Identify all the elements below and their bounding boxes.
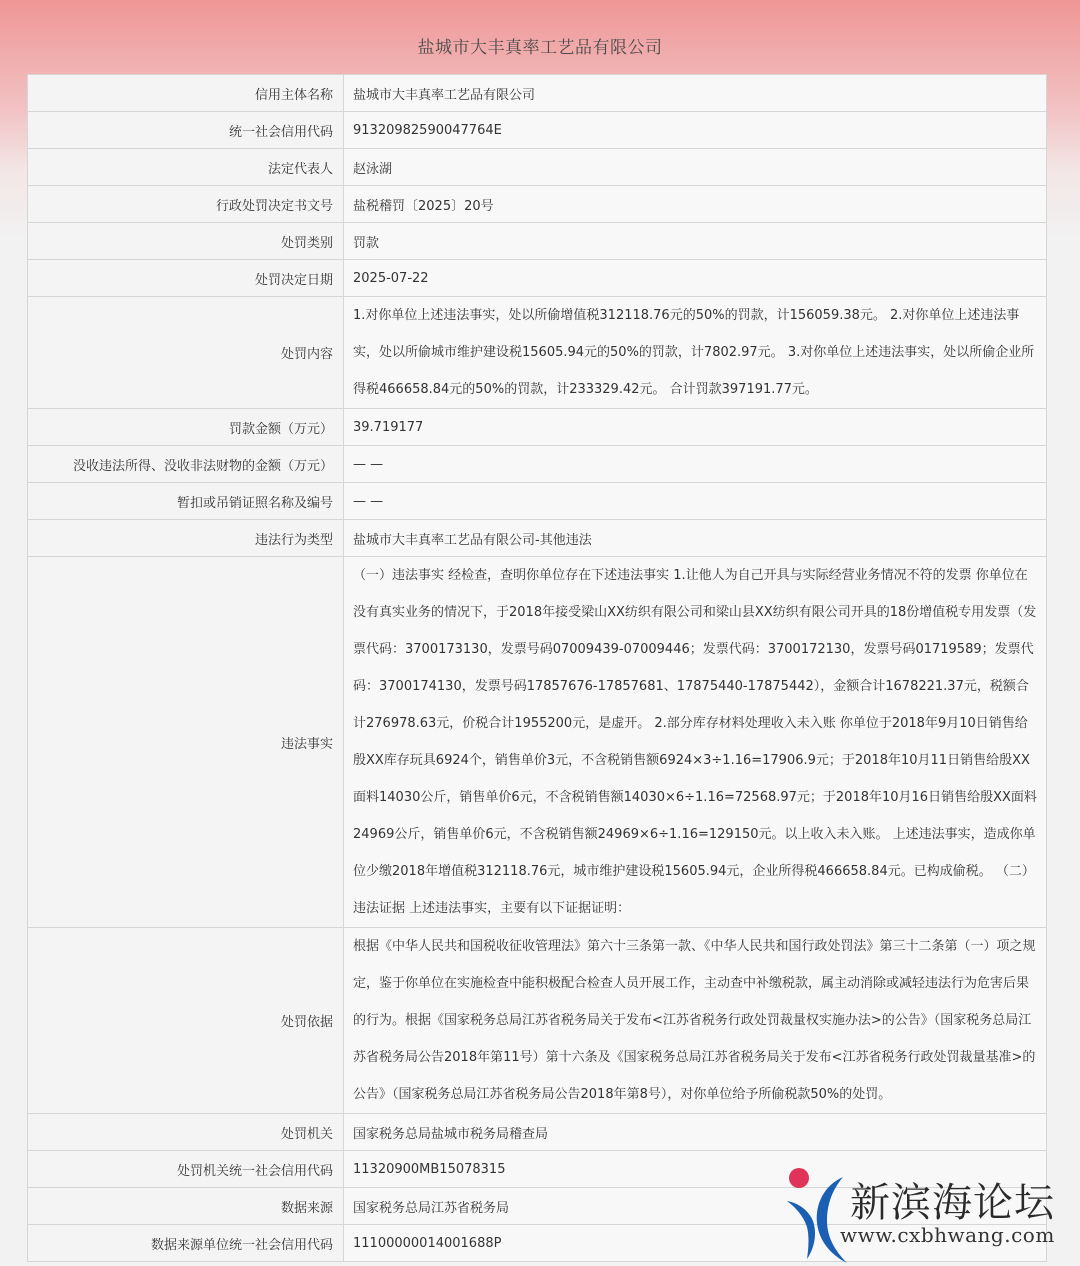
row-value: 1.对你单位上述违法事实，处以所偷增值税312118.76元的50%的罚款，计1… <box>344 297 1047 409</box>
table-row: 处罚类别 罚款 <box>28 223 1047 260</box>
row-value: 赵泳湖 <box>344 149 1047 186</box>
row-label: 没收违法所得、没收非法财物的金额（万元） <box>28 446 344 483</box>
table-row: 违法事实 （一）违法事实 经检查，查明你单位存在下述违法事实 1.让他人为自己开… <box>28 557 1047 928</box>
row-label: 处罚类别 <box>28 223 344 260</box>
row-label: 处罚机关 <box>28 1114 344 1151</box>
row-value: 根据《中华人民共和国税收征收管理法》第六十三条第一款、《中华人民共和国行政处罚法… <box>344 928 1047 1114</box>
row-label: 暂扣或吊销证照名称及编号 <box>28 483 344 520</box>
table-row: 处罚依据 根据《中华人民共和国税收征收管理法》第六十三条第一款、《中华人民共和国… <box>28 928 1047 1114</box>
table-row: 暂扣或吊销证照名称及编号 — — <box>28 483 1047 520</box>
penalty-info-table: 信用主体名称 盐城市大丰真率工艺品有限公司 统一社会信用代码 913209825… <box>27 74 1047 1262</box>
table-row: 数据来源单位统一社会信用代码 11100000014001688P <box>28 1225 1047 1262</box>
row-label: 数据来源 <box>28 1188 344 1225</box>
row-value: 国家税务总局江苏省税务局 <box>344 1188 1047 1225</box>
row-label: 处罚机关统一社会信用代码 <box>28 1151 344 1188</box>
table-row: 违法行为类型 盐城市大丰真率工艺品有限公司-其他违法 <box>28 520 1047 557</box>
row-label: 统一社会信用代码 <box>28 112 344 149</box>
page-title: 盐城市大丰真率工艺品有限公司 <box>0 33 1080 58</box>
row-value: 国家税务总局盐城市税务局稽查局 <box>344 1114 1047 1151</box>
table-row: 处罚决定日期 2025-07-22 <box>28 260 1047 297</box>
table-row: 法定代表人 赵泳湖 <box>28 149 1047 186</box>
table-row: 数据来源 国家税务总局江苏省税务局 <box>28 1188 1047 1225</box>
row-value: — — <box>344 483 1047 520</box>
row-label: 罚款金额（万元） <box>28 409 344 446</box>
table-row: 信用主体名称 盐城市大丰真率工艺品有限公司 <box>28 75 1047 112</box>
table-row: 罚款金额（万元） 39.719177 <box>28 409 1047 446</box>
table-row: 处罚机关统一社会信用代码 11320900MB15078315 <box>28 1151 1047 1188</box>
row-label: 处罚依据 <box>28 928 344 1114</box>
row-value: （一）违法事实 经检查，查明你单位存在下述违法事实 1.让他人为自己开具与实际经… <box>344 557 1047 928</box>
row-label: 法定代表人 <box>28 149 344 186</box>
table-row: 没收违法所得、没收非法财物的金额（万元） — — <box>28 446 1047 483</box>
row-value: 91320982590047764E <box>344 112 1047 149</box>
table-row: 处罚机关 国家税务总局盐城市税务局稽查局 <box>28 1114 1047 1151</box>
row-label: 处罚内容 <box>28 297 344 409</box>
table-row: 统一社会信用代码 91320982590047764E <box>28 112 1047 149</box>
row-label: 行政处罚决定书文号 <box>28 186 344 223</box>
row-value: 39.719177 <box>344 409 1047 446</box>
row-label: 处罚决定日期 <box>28 260 344 297</box>
row-label: 数据来源单位统一社会信用代码 <box>28 1225 344 1262</box>
row-value: 盐城市大丰真率工艺品有限公司-其他违法 <box>344 520 1047 557</box>
row-value: 11100000014001688P <box>344 1225 1047 1262</box>
row-value: 盐城市大丰真率工艺品有限公司 <box>344 75 1047 112</box>
table-row: 行政处罚决定书文号 盐税稽罚〔2025〕20号 <box>28 186 1047 223</box>
row-label: 违法行为类型 <box>28 520 344 557</box>
row-value: — — <box>344 446 1047 483</box>
table-row: 处罚内容 1.对你单位上述违法事实，处以所偷增值税312118.76元的50%的… <box>28 297 1047 409</box>
row-value: 2025-07-22 <box>344 260 1047 297</box>
row-value: 盐税稽罚〔2025〕20号 <box>344 186 1047 223</box>
row-label: 信用主体名称 <box>28 75 344 112</box>
row-value: 罚款 <box>344 223 1047 260</box>
row-value: 11320900MB15078315 <box>344 1151 1047 1188</box>
row-label: 违法事实 <box>28 557 344 928</box>
